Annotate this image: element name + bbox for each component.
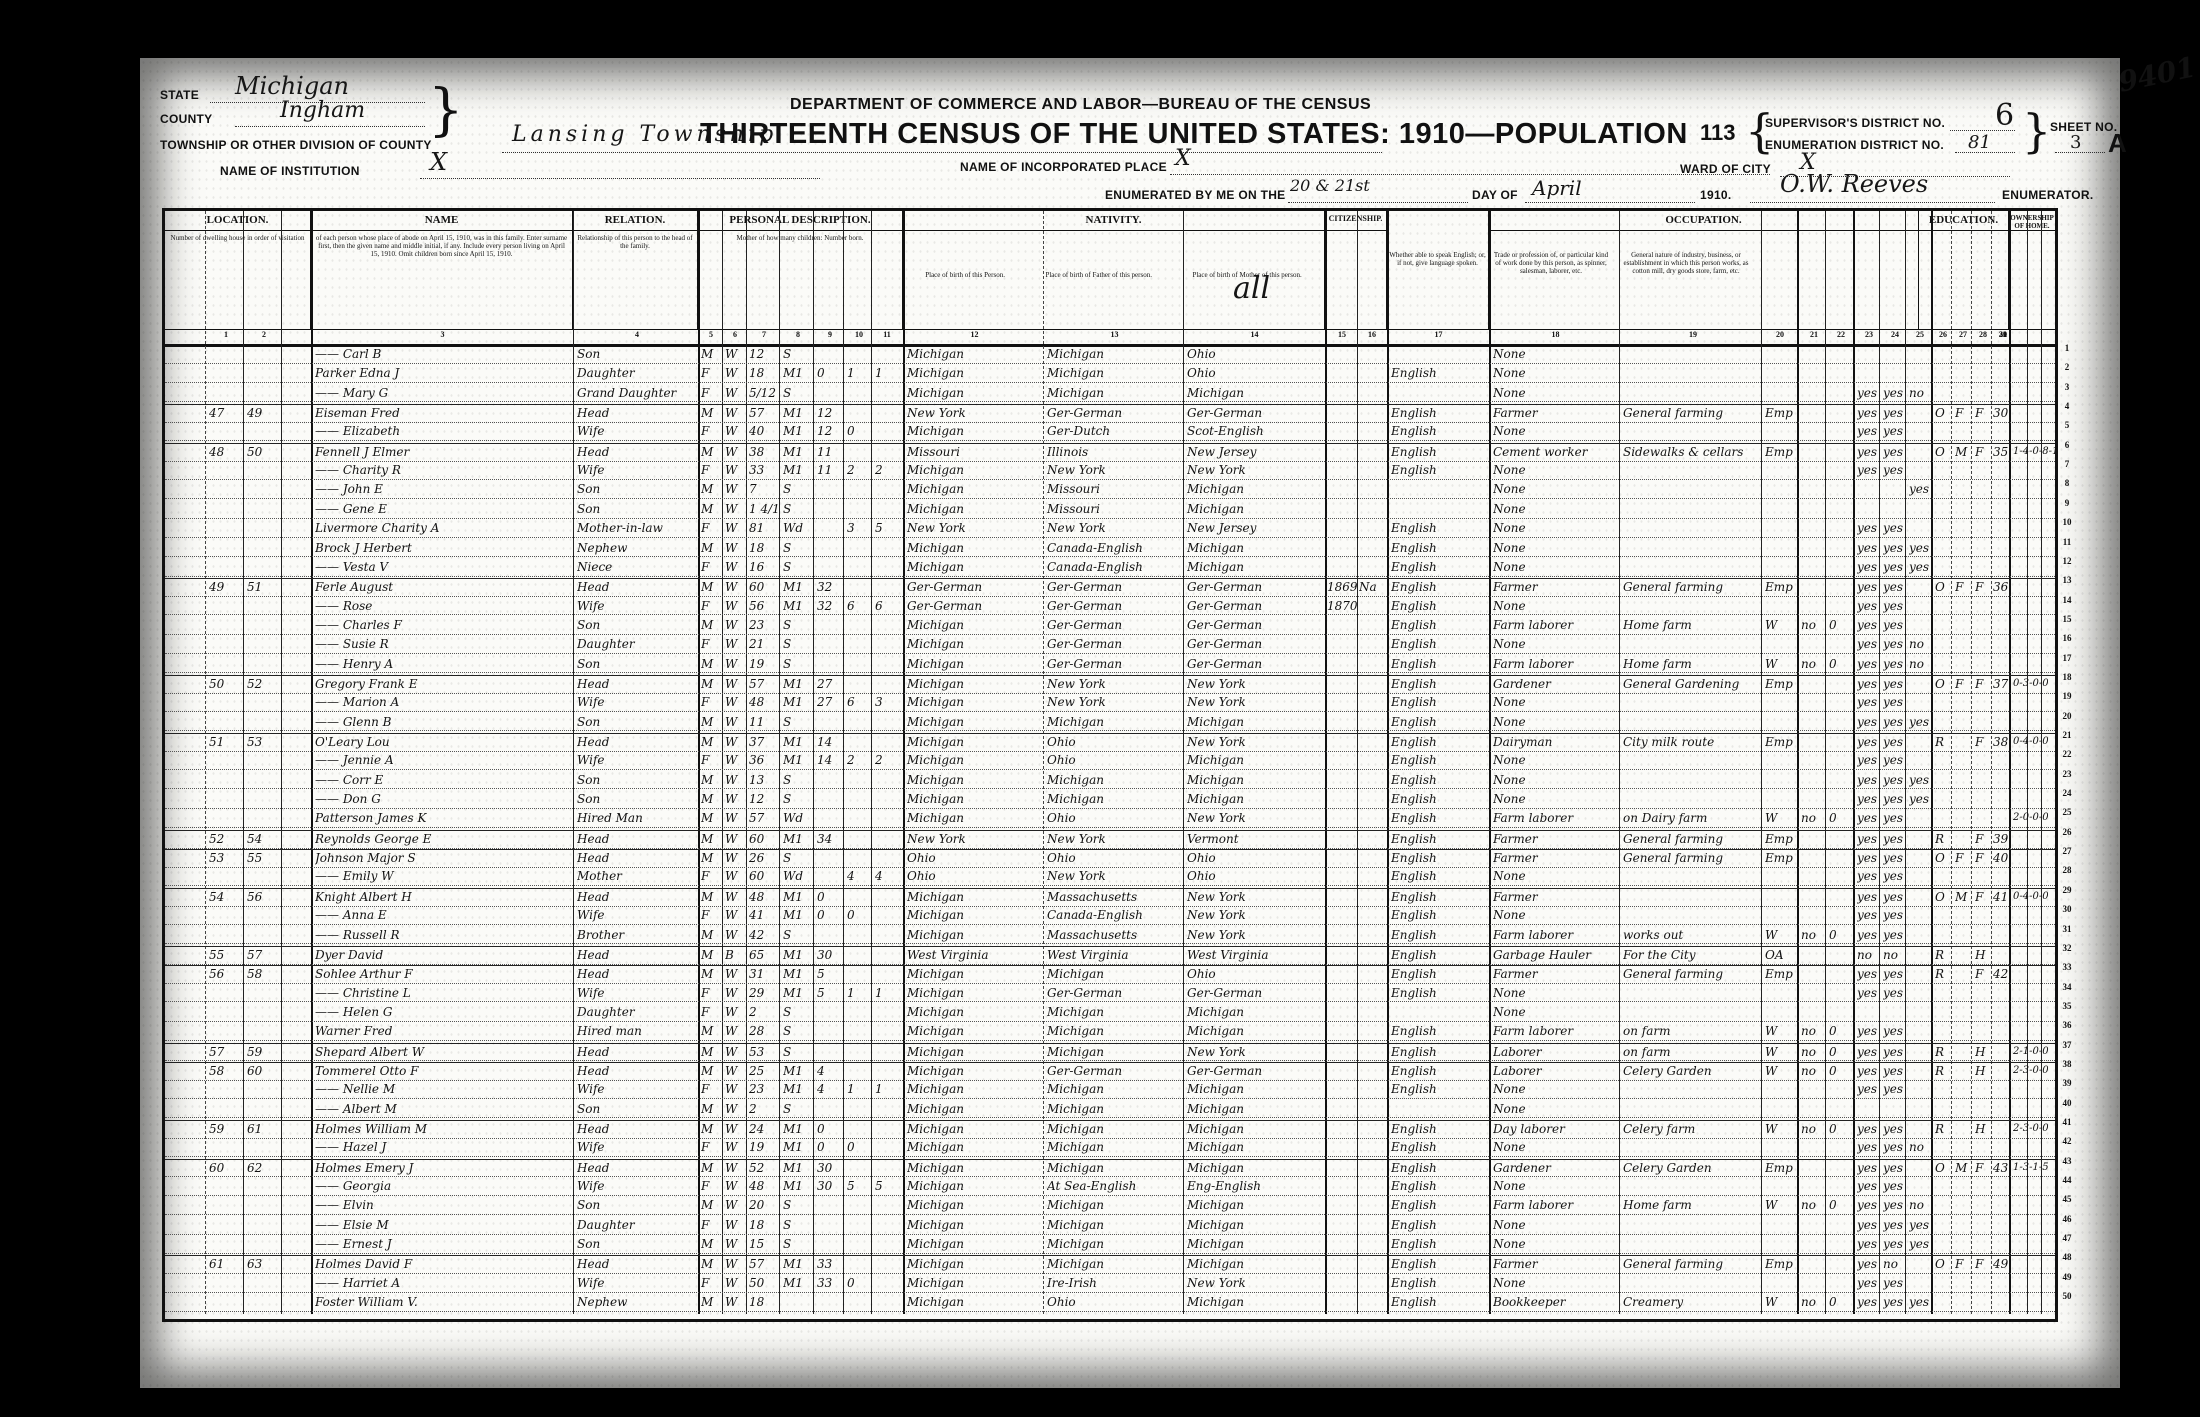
cell-industry: Sidewalks & cellars: [1623, 444, 1763, 460]
cell-school: [1909, 966, 1931, 982]
cell-weeks: [1829, 907, 1853, 923]
table-row: —— Nellie MWifeFW23M1411MichiganMichigan…: [165, 1081, 2055, 1099]
cell-living: 5: [875, 1178, 899, 1194]
cell-farm: [1975, 656, 1991, 672]
cell-dwelling: [209, 423, 243, 439]
cell-mort: M: [1955, 1160, 1971, 1176]
cell-marital: M1: [783, 947, 813, 963]
cell-immig: [1327, 1063, 1357, 1079]
cell-mort: M: [1955, 889, 1971, 905]
table-row: —— Mary GGrand DaughterFW5/12SMichiganMi…: [165, 385, 2055, 403]
cell-name: —— Anna E: [315, 907, 570, 923]
line-number: 31: [2058, 924, 2076, 934]
cell-living: [875, 734, 899, 750]
cell-yrs-married: [817, 346, 843, 362]
table-row: 5557Dyer DavidHeadMB65M130West VirginiaW…: [165, 946, 2055, 965]
line-number: 49: [2058, 1272, 2076, 1282]
cell-dwelling: 61: [209, 1256, 243, 1272]
cell-father-birth: New York: [1047, 676, 1182, 692]
cell-weeks: [1829, 1101, 1853, 1117]
cell-weeks: [1829, 405, 1853, 421]
cell-age: 56: [749, 598, 779, 614]
cell-father-birth: Ger-German: [1047, 598, 1182, 614]
cell-born: [847, 734, 871, 750]
cell-father-birth: Canada-English: [1047, 559, 1182, 575]
cell-immig: [1327, 365, 1357, 381]
cell-occupation: None: [1493, 385, 1618, 401]
cell-sex: M: [701, 791, 721, 807]
cell-occupation: Farm laborer: [1493, 1197, 1618, 1213]
cell-dwelling: [209, 927, 243, 943]
table-row: 5658Sohlee Arthur FHeadMW31M15MichiganMi…: [165, 965, 2055, 984]
cell-race: W: [725, 1121, 745, 1137]
cell-name: Warner Fred: [315, 1023, 570, 1039]
cell-natz: [1359, 501, 1385, 517]
cell-natz: [1359, 1178, 1385, 1194]
cell-farm: H: [1975, 1063, 1991, 1079]
cell-mother-birth: Ger-German: [1187, 598, 1322, 614]
cell-name: —— Albert M: [315, 1101, 570, 1117]
cell-family: [247, 1004, 281, 1020]
cell-relation: Son: [577, 481, 697, 497]
cell-farm: F: [1975, 579, 1991, 595]
cell-english: English: [1391, 520, 1486, 536]
cell-yrs-married: 32: [817, 598, 843, 614]
cell-relation: Wife: [577, 907, 697, 923]
cell-write: yes: [1883, 1139, 1907, 1155]
cell-emp: OA: [1765, 947, 1795, 963]
cell-school: yes: [1909, 1294, 1931, 1310]
cell-weeks: [1829, 850, 1853, 866]
cell-school: [1909, 579, 1931, 595]
cell-yrs-married: [817, 1236, 843, 1252]
cell-weeks: [1829, 423, 1853, 439]
cell-name: —— Christine L: [315, 985, 570, 1001]
cell-farm: [1975, 559, 1991, 575]
cell-relation: Hired man: [577, 1023, 697, 1039]
cell-sex: F: [701, 1217, 721, 1233]
cell-english: [1391, 1101, 1486, 1117]
cell-english: English: [1391, 423, 1486, 439]
header-location: LOCATION. Number of dwelling house in or…: [165, 211, 311, 329]
line-number: 7: [2058, 459, 2076, 469]
cell-english: English: [1391, 444, 1486, 460]
cell-natz: [1359, 752, 1385, 768]
cell-race: W: [725, 676, 745, 692]
cell-mort: [1955, 559, 1971, 575]
cell-yrs-married: [817, 1197, 843, 1213]
cell-yrs-married: [817, 927, 843, 943]
line-number: 13: [2058, 575, 2076, 585]
cell-weeks: 0: [1829, 1023, 1853, 1039]
cell-immig: [1327, 1197, 1357, 1213]
cell-father-birth: Michigan: [1047, 1121, 1182, 1137]
cell-out-of-work: [1801, 385, 1827, 401]
table-row: —— GeorgiaWifeFW48M13055MichiganAt Sea-E…: [165, 1178, 2055, 1196]
cell-occupation: Farmer: [1493, 889, 1618, 905]
cell-read: yes: [1857, 868, 1881, 884]
cell-born: [847, 385, 871, 401]
cell-name: —— Jennie A: [315, 752, 570, 768]
cell-relation: Niece: [577, 559, 697, 575]
cell-mort: [1955, 346, 1971, 362]
cell-marital: M1: [783, 1160, 813, 1176]
cell-marital: S: [783, 927, 813, 943]
cell-yrs-married: [817, 1044, 843, 1060]
cell-family: [247, 772, 281, 788]
table-row: 6062Holmes Emery JHeadMW52M130MichiganMi…: [165, 1159, 2055, 1178]
cell-born: [847, 405, 871, 421]
cell-natz: [1359, 1217, 1385, 1233]
cell-out-of-work: [1801, 889, 1827, 905]
cell-mort: [1955, 1121, 1971, 1137]
cell-name: —— Ernest J: [315, 1236, 570, 1252]
cell-relation: Brother: [577, 927, 697, 943]
cell-read: [1857, 365, 1881, 381]
cell-farm: F: [1975, 1160, 1991, 1176]
cell-school: [1909, 444, 1931, 460]
cell-mort: [1955, 1004, 1971, 1020]
cell-sex: M: [701, 540, 721, 556]
cell-out-of-work: [1801, 1275, 1827, 1291]
cell-mother-birth: New York: [1187, 810, 1322, 826]
cell-race: W: [725, 1197, 745, 1213]
cell-sched: [1993, 559, 2013, 575]
cell-relation: Hired Man: [577, 810, 697, 826]
cell-name: —— Rose: [315, 598, 570, 614]
cell-read: yes: [1857, 966, 1881, 982]
cell-race: W: [725, 579, 745, 595]
cell-immig: 1870: [1327, 598, 1357, 614]
cell-age: 1 4/12: [749, 501, 779, 517]
cell-living: [875, 617, 899, 633]
cell-write: yes: [1883, 444, 1907, 460]
table-row: —— Glenn BSonMW11SMichiganMichiganMichig…: [165, 714, 2055, 732]
cell-mother-birth: Michigan: [1187, 1139, 1322, 1155]
cell-out-of-work: [1801, 772, 1827, 788]
line-number: 14: [2058, 595, 2076, 605]
cell-occupation: None: [1493, 559, 1618, 575]
cell-out-of-work: [1801, 907, 1827, 923]
cell-marital: S: [783, 656, 813, 672]
cell-weeks: [1829, 1004, 1853, 1020]
cell-born: [847, 481, 871, 497]
cell-living: [875, 676, 899, 692]
cell-mother-birth: Michigan: [1187, 1004, 1322, 1020]
cell-name: —— Vesta V: [315, 559, 570, 575]
cell-age: 18: [749, 365, 779, 381]
cell-occupation: None: [1493, 752, 1618, 768]
cell-birth: Michigan: [907, 656, 1042, 672]
cell-race: W: [725, 734, 745, 750]
cell-margin-code: 2-3-0-0: [2013, 1063, 2057, 1079]
cell-dwelling: 47: [209, 405, 243, 421]
cell-marital: M1: [783, 365, 813, 381]
cell-born: [847, 346, 871, 362]
cell-family: [247, 540, 281, 556]
year-label: 1910.: [1700, 188, 1732, 202]
cell-school: [1909, 1004, 1931, 1020]
cell-immig: [1327, 1101, 1357, 1117]
cell-sex: F: [701, 985, 721, 1001]
cell-mother-birth: Michigan: [1187, 1121, 1322, 1137]
cell-school: [1909, 1256, 1931, 1272]
cell-birth: Michigan: [907, 927, 1042, 943]
cell-relation: Wife: [577, 694, 697, 710]
cell-family: [247, 559, 281, 575]
cell-living: [875, 1197, 899, 1213]
cell-living: [875, 1044, 899, 1060]
cell-relation: Wife: [577, 1139, 697, 1155]
cell-own: [1935, 714, 1951, 730]
cell-living: [875, 385, 899, 401]
cell-out-of-work: no: [1801, 810, 1827, 826]
cell-weeks: [1829, 1217, 1853, 1233]
cell-relation: Wife: [577, 1178, 697, 1194]
cell-race: W: [725, 1275, 745, 1291]
cell-birth: Michigan: [907, 346, 1042, 362]
cell-industry: [1623, 346, 1763, 362]
cell-yrs-married: 5: [817, 985, 843, 1001]
cell-name: Tommerel Otto F: [315, 1063, 570, 1079]
cell-sched: [1993, 346, 2013, 362]
cell-school: no: [1909, 636, 1931, 652]
cell-yrs-married: [817, 540, 843, 556]
cell-immig: [1327, 1139, 1357, 1155]
cell-industry: [1623, 772, 1763, 788]
cell-birth: Michigan: [907, 1236, 1042, 1252]
cell-sched: [1993, 927, 2013, 943]
cell-weeks: [1829, 1236, 1853, 1252]
cell-sched: [1993, 540, 2013, 556]
column-number: 22: [1829, 330, 1853, 339]
cell-father-birth: Ger-German: [1047, 656, 1182, 672]
cell-farm: [1975, 791, 1991, 807]
cell-family: [247, 346, 281, 362]
cell-sched: [1993, 423, 2013, 439]
line-number: 27: [2058, 846, 2076, 856]
cell-marital: S: [783, 714, 813, 730]
cell-marital: M1: [783, 598, 813, 614]
cell-farm: [1975, 1197, 1991, 1213]
table-row: Patterson James KHired ManMW57WdMichigan…: [165, 810, 2055, 828]
cell-birth: Michigan: [907, 1023, 1042, 1039]
cell-out-of-work: [1801, 1178, 1827, 1194]
cell-weeks: [1829, 579, 1853, 595]
cell-yrs-married: 0: [817, 907, 843, 923]
cell-weeks: [1829, 462, 1853, 478]
cell-age: 18: [749, 540, 779, 556]
cell-industry: General farming: [1623, 966, 1763, 982]
cell-mort: [1955, 694, 1971, 710]
cell-write: yes: [1883, 579, 1907, 595]
cell-out-of-work: [1801, 481, 1827, 497]
cell-sched: [1993, 1217, 2013, 1233]
line-number: 3: [2058, 382, 2076, 392]
cell-farm: [1975, 1236, 1991, 1252]
cell-dwelling: 57: [209, 1044, 243, 1060]
table-row: —— ElizabethWifeFW40M1120MichiganGer-Dut…: [165, 423, 2055, 441]
cell-sex: M: [701, 1160, 721, 1176]
table-row: —— Russell RBrotherMW42SMichiganMassachu…: [165, 927, 2055, 945]
cell-birth: West Virginia: [907, 947, 1042, 963]
cell-family: [247, 791, 281, 807]
cell-emp: W: [1765, 617, 1795, 633]
cell-father-birth: Ger-German: [1047, 1063, 1182, 1079]
cell-mort: [1955, 714, 1971, 730]
cell-mort: [1955, 1139, 1971, 1155]
cell-industry: [1623, 1081, 1763, 1097]
cell-living: [875, 1004, 899, 1020]
cell-margin-code: 0-4-0-0: [2013, 889, 2057, 905]
cell-age: 2: [749, 1004, 779, 1020]
cell-father-birth: Missouri: [1047, 481, 1182, 497]
cell-school: [1909, 1121, 1931, 1137]
cell-relation: Wife: [577, 1275, 697, 1291]
cell-born: [847, 1063, 871, 1079]
cell-sched: [1993, 1236, 2013, 1252]
cell-age: 57: [749, 810, 779, 826]
census-table: LOCATION. Number of dwelling house in or…: [162, 208, 2058, 1322]
cell-out-of-work: [1801, 423, 1827, 439]
cell-mother-birth: Ohio: [1187, 868, 1322, 884]
cell-age: 57: [749, 1256, 779, 1272]
table-row: Warner FredHired manMW28SMichiganMichiga…: [165, 1023, 2055, 1041]
cell-yrs-married: [817, 481, 843, 497]
cell-occupation: Laborer: [1493, 1063, 1618, 1079]
table-row: —— Jennie AWifeFW36M11422MichiganOhioMic…: [165, 752, 2055, 770]
cell-race: W: [725, 1004, 745, 1020]
cell-immig: [1327, 346, 1357, 362]
cell-race: W: [725, 1160, 745, 1176]
cell-sex: F: [701, 559, 721, 575]
cell-write: [1883, 365, 1907, 381]
cell-out-of-work: no: [1801, 1063, 1827, 1079]
table-row: 5860Tommerel Otto FHeadMW25M14MichiganGe…: [165, 1062, 2055, 1081]
cell-mort: [1955, 927, 1971, 943]
cell-occupation: None: [1493, 1236, 1618, 1252]
cell-write: [1883, 1101, 1907, 1117]
cell-sched: [1993, 1197, 2013, 1213]
cell-natz: [1359, 462, 1385, 478]
cell-yrs-married: [817, 1004, 843, 1020]
cell-family: 60: [247, 1063, 281, 1079]
table-row: —— Hazel JWifeFW19M100MichiganMichiganMi…: [165, 1139, 2055, 1157]
cell-sched: [1993, 1004, 2013, 1020]
cell-industry: [1623, 694, 1763, 710]
cell-english: English: [1391, 831, 1486, 847]
line-number: 45: [2058, 1194, 2076, 1204]
cell-yrs-married: 0: [817, 1121, 843, 1137]
cell-english: English: [1391, 1275, 1486, 1291]
cell-out-of-work: [1801, 501, 1827, 517]
cell-race: B: [725, 947, 745, 963]
cell-sex: F: [701, 423, 721, 439]
cell-immig: [1327, 831, 1357, 847]
column-number: 15: [1327, 330, 1357, 339]
cell-father-birth: Massachusetts: [1047, 927, 1182, 943]
cell-school: [1909, 1160, 1931, 1176]
cell-school: [1909, 1178, 1931, 1194]
cell-name: Livermore Charity A: [315, 520, 570, 536]
cell-weeks: [1829, 947, 1853, 963]
cell-family: [247, 598, 281, 614]
cell-immig: 1869: [1327, 579, 1357, 595]
cell-born: [847, 444, 871, 460]
cell-born: 0: [847, 1275, 871, 1291]
cell-own: [1935, 1023, 1951, 1039]
column-number: 2: [247, 330, 281, 339]
cell-farm: [1975, 540, 1991, 556]
column-number: 8: [783, 330, 813, 339]
cell-born: 0: [847, 1139, 871, 1155]
cell-living: 1: [875, 985, 899, 1001]
cell-natz: [1359, 734, 1385, 750]
cell-race: W: [725, 714, 745, 730]
cell-marital: Wd: [783, 868, 813, 884]
cell-living: [875, 1121, 899, 1137]
cell-family: [247, 694, 281, 710]
cell-mort: [1955, 481, 1971, 497]
cell-sched: [1993, 636, 2013, 652]
cell-english: [1391, 501, 1486, 517]
cell-farm: [1975, 1217, 1991, 1233]
cell-write: yes: [1883, 791, 1907, 807]
cell-mother-birth: Michigan: [1187, 1217, 1322, 1233]
cell-school: [1909, 1063, 1931, 1079]
cell-emp: W: [1765, 927, 1795, 943]
cell-school: [1909, 1101, 1931, 1117]
cell-emp: [1765, 1004, 1795, 1020]
line-number: 6: [2058, 440, 2076, 450]
cell-marital: S: [783, 1044, 813, 1060]
cell-sex: F: [701, 907, 721, 923]
cell-write: yes: [1883, 1236, 1907, 1252]
cell-industry: [1623, 423, 1763, 439]
cell-dwelling: [209, 694, 243, 710]
cell-school: no: [1909, 385, 1931, 401]
cell-farm: [1975, 1101, 1991, 1117]
cell-industry: Celery Garden: [1623, 1160, 1763, 1176]
cell-read: yes: [1857, 1063, 1881, 1079]
cell-natz: [1359, 1121, 1385, 1137]
table-row: 4749Eiseman FredHeadMW57M112New YorkGer-…: [165, 404, 2055, 423]
cell-sex: M: [701, 444, 721, 460]
cell-immig: [1327, 772, 1357, 788]
table-row: —— Helen GDaughterFW2SMichiganMichiganMi…: [165, 1004, 2055, 1022]
cell-relation: Son: [577, 714, 697, 730]
cell-father-birth: Canada-English: [1047, 540, 1182, 556]
cell-age: 18: [749, 1294, 779, 1310]
cell-sched: [1993, 462, 2013, 478]
cell-industry: [1623, 1139, 1763, 1155]
cell-natz: [1359, 1275, 1385, 1291]
cell-sched: [1993, 1294, 2013, 1310]
cell-born: [847, 579, 871, 595]
cell-industry: Celery farm: [1623, 1121, 1763, 1137]
cell-sex: M: [701, 714, 721, 730]
cell-read: yes: [1857, 927, 1881, 943]
cell-emp: [1765, 385, 1795, 401]
cell-farm: [1975, 520, 1991, 536]
cell-own: [1935, 520, 1951, 536]
cell-race: W: [725, 444, 745, 460]
county-label: COUNTY: [160, 112, 212, 126]
cell-born: [847, 850, 871, 866]
enumeration-district-value: 81: [1968, 132, 1991, 153]
cell-industry: City milk route: [1623, 734, 1763, 750]
cell-industry: [1623, 868, 1763, 884]
